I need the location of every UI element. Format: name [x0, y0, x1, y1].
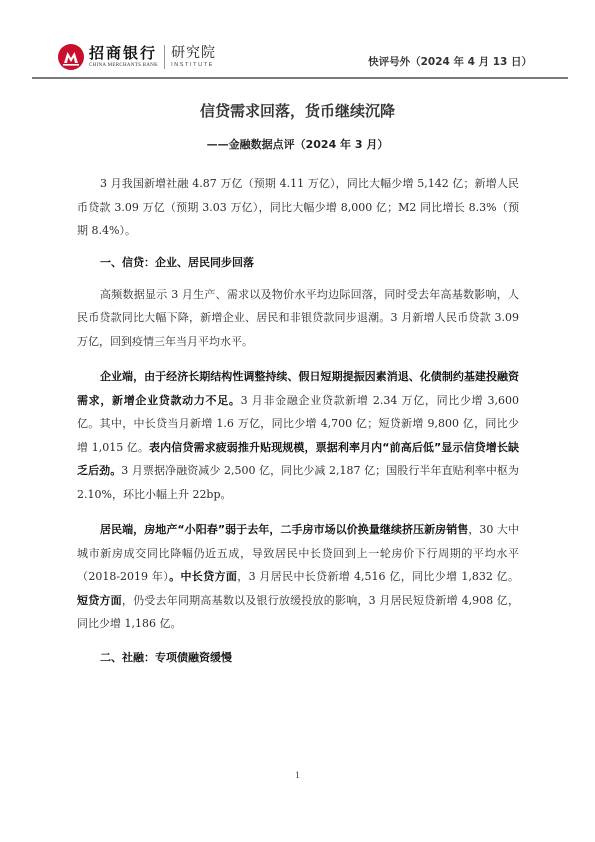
institute-english-name: INSTITUTE — [171, 62, 216, 69]
household-paragraph: 居民端，房地产“小阳春”弱于去年，二手房市场以价换量继续挤压新房销售，30 大中… — [77, 518, 519, 636]
logo-chinese-name: 招商银行 — [89, 45, 158, 62]
corporate-text-2: 3 月票据净融资减少 2,500 亿，同比少减 2,187 亿；国股行半年直贴利… — [77, 464, 519, 501]
section-heading-credit: 一、信贷：企业、居民同步回落 — [77, 253, 519, 273]
household-emphasis-1: 居民端，房地产“小阳春”弱于去年，二手房市场以价换量继续挤压新房销售 — [100, 523, 468, 536]
corporate-paragraph: 企业端，由于经济长期结构性调整持续、假日短期提振因素消退、化债制约基建投融资需求… — [77, 365, 519, 506]
household-emphasis-3: 短贷方面 — [77, 594, 122, 607]
page-header: 招商银行 CHINA MERCHANTS BANK 研究院 INSTITUTE … — [32, 42, 568, 76]
page-number: 1 — [0, 770, 595, 780]
report-tag: 快评号外（2024 年 4 月 13 日） — [368, 54, 532, 69]
household-text-3: ，仍受去年同期高基数以及银行放缓投放的影响，3 月居民短贷新增 4,908 亿，… — [77, 594, 519, 631]
section-heading-social-financing: 二、社融：专项债融资缓慢 — [77, 648, 519, 668]
document-subtitle: ——金融数据点评（2024 年 3 月） — [0, 136, 595, 152]
logo-english-name: CHINA MERCHANTS BANK — [89, 62, 158, 69]
household-text-2: ，3 月居民中长贷新增 4,516 亿，同比少增 1,832 亿。 — [237, 570, 519, 583]
summary-paragraph: 3 月我国新增社融 4.87 万亿（预期 4.11 万亿），同比大幅少增 5,1… — [77, 172, 519, 243]
institute-chinese-name: 研究院 — [171, 45, 216, 62]
cmb-logo: 招商银行 CHINA MERCHANTS BANK 研究院 INSTITUTE — [58, 44, 216, 70]
logo-divider — [164, 45, 165, 69]
credit-overview-paragraph: 高频数据显示 3 月生产、需求以及物价水平均边际回落，同时受去年高基数影响，人民… — [77, 283, 519, 354]
household-emphasis-2: 。中长贷方面 — [169, 570, 237, 583]
header-rule — [32, 77, 568, 79]
cmb-logo-icon — [58, 44, 84, 70]
document-title: 信贷需求回落，货币继续沉降 — [0, 100, 595, 121]
document-body: 3 月我国新增社融 4.87 万亿（预期 4.11 万亿），同比大幅少增 5,1… — [77, 172, 519, 668]
